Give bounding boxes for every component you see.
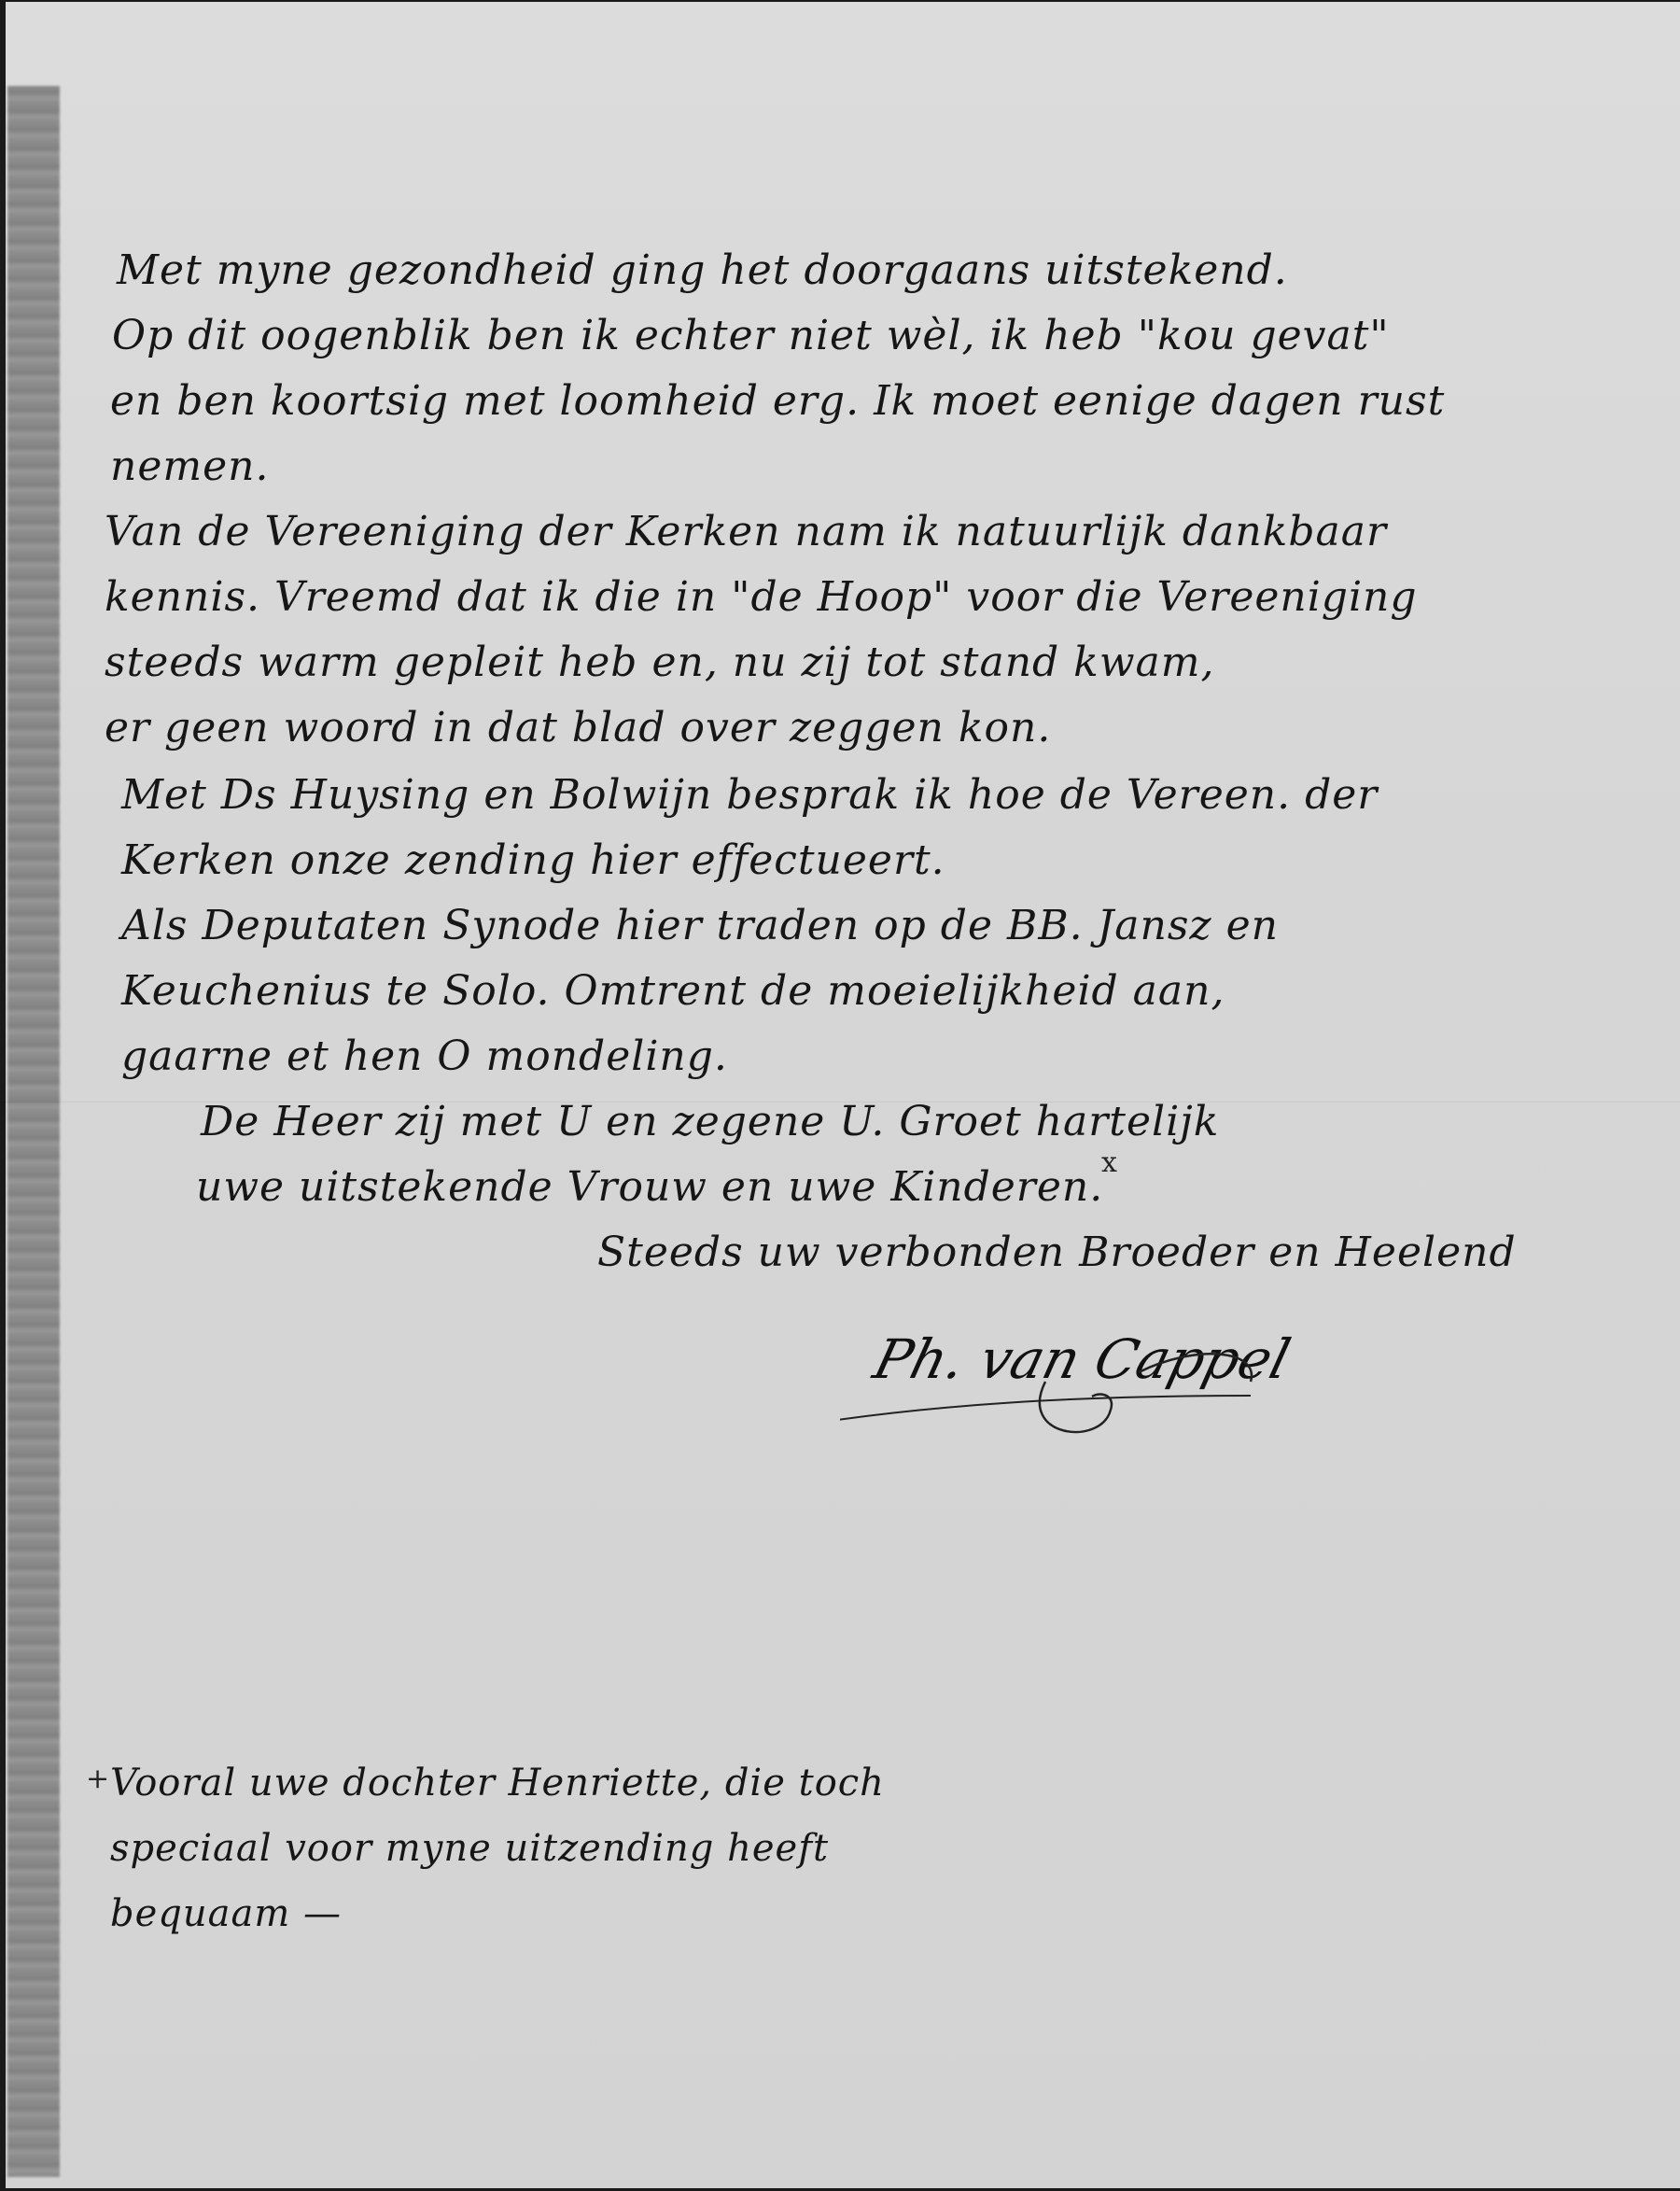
footnote-marker: + xyxy=(86,1763,109,1795)
binding-edge-strip xyxy=(7,86,60,2177)
line-6-text: kennis. Vreemd dat ik die in "de Hoop" v… xyxy=(105,573,1418,621)
letter-line-5: Van de Vereeniging der Kerken nam ik nat… xyxy=(105,512,1387,553)
footnote-reference-marker: x xyxy=(1101,1146,1117,1179)
footnote-line-2: speciaal voor myne uitzending heeft xyxy=(110,1830,829,1867)
letter-line-12: Keuchenius te Solo. Omtrent de moeielijk… xyxy=(121,971,1225,1012)
closing-line-2: uwe uitstekende Vrouw en uwe Kinderen. xyxy=(196,1167,1103,1208)
letter-line-4: nemen. xyxy=(110,446,269,487)
letter-line-2: Op dit oogenblik ben ik echter niet wèl,… xyxy=(112,316,1390,357)
letter-line-9: Met Ds Huysing en Bolwijn besprak ik hoe… xyxy=(121,775,1378,816)
valediction: Steeds uw verbonden Broeder en Heelend xyxy=(597,1232,1517,1273)
letter-line-7: steeds warm gepleit heb en, nu zij tot s… xyxy=(105,642,1214,683)
letter-line-1: Met myne gezondheid ging het doorgaans u… xyxy=(117,250,1288,291)
footnote-line-1: Vooral uwe dochter Henriette, die toch xyxy=(110,1764,885,1802)
closing-line-1: De Heer zij met U en zegene U. Groet har… xyxy=(201,1102,1219,1143)
signature: Ph. van Cappel xyxy=(840,1307,1325,1447)
letter-line-6: kennis. Vreemd dat ik die in "de Hoop" v… xyxy=(105,577,1418,618)
letter-line-13: gaarne et hen O mondeling. xyxy=(121,1036,728,1077)
letter-line-3: en ben koortsig met loomheid erg. Ik moe… xyxy=(110,381,1445,422)
letter-line-8: er geen woord in dat blad over zeggen ko… xyxy=(105,708,1051,749)
letter-line-10: Kerken onze zending hier effectueert. xyxy=(121,840,945,881)
letter-line-11: Als Deputaten Synode hier traden op de B… xyxy=(121,906,1279,947)
footnote-line-3: bequaam — xyxy=(110,1895,342,1932)
signature-flourish-icon xyxy=(840,1307,1325,1447)
